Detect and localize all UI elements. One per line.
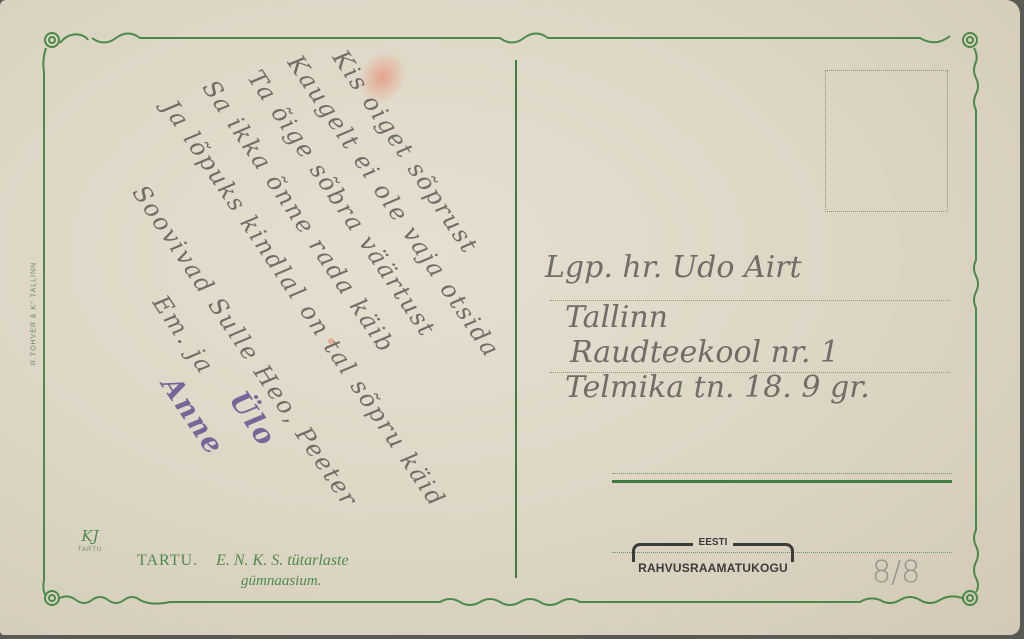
logo-monogram: KJ xyxy=(70,527,110,545)
address-line-3: Raudteekool nr. 1 xyxy=(570,335,839,370)
catalog-mark: 8/8 xyxy=(872,555,920,590)
publisher-imprint: R.TOHVER & K° TALLINN xyxy=(31,234,38,394)
caption-city: TARTU. xyxy=(137,552,198,569)
postcard-back: R.TOHVER & K° TALLINN KJ TARTU TARTU. E.… xyxy=(0,0,1020,635)
address-bottom-rule xyxy=(612,480,952,483)
address-line-1: Lgp. hr. Udo Airt xyxy=(545,250,802,285)
address-line-4: Telmika tn. 18. 9 gr. xyxy=(565,370,870,405)
library-stamp-name: RAHVUSRAAMATUKOGU xyxy=(628,561,798,575)
publisher-logo: KJ TARTU xyxy=(70,527,110,553)
library-stamp-top: EESTI xyxy=(693,537,734,548)
address-guide-line xyxy=(612,473,952,474)
caption-institution-line2: gümnaasium. xyxy=(137,571,349,591)
stamp-box xyxy=(825,70,948,212)
library-stamp: EESTI RAHVUSRAAMATUKOGU xyxy=(628,537,798,577)
postcard-caption: TARTU. E. N. K. S. tütarlaste gümnaasium… xyxy=(137,551,349,591)
center-divider xyxy=(515,60,517,578)
address-line-2: Tallinn xyxy=(565,300,668,335)
caption-institution: E. N. K. S. tütarlaste xyxy=(216,552,348,569)
logo-city: TARTU xyxy=(70,547,110,553)
